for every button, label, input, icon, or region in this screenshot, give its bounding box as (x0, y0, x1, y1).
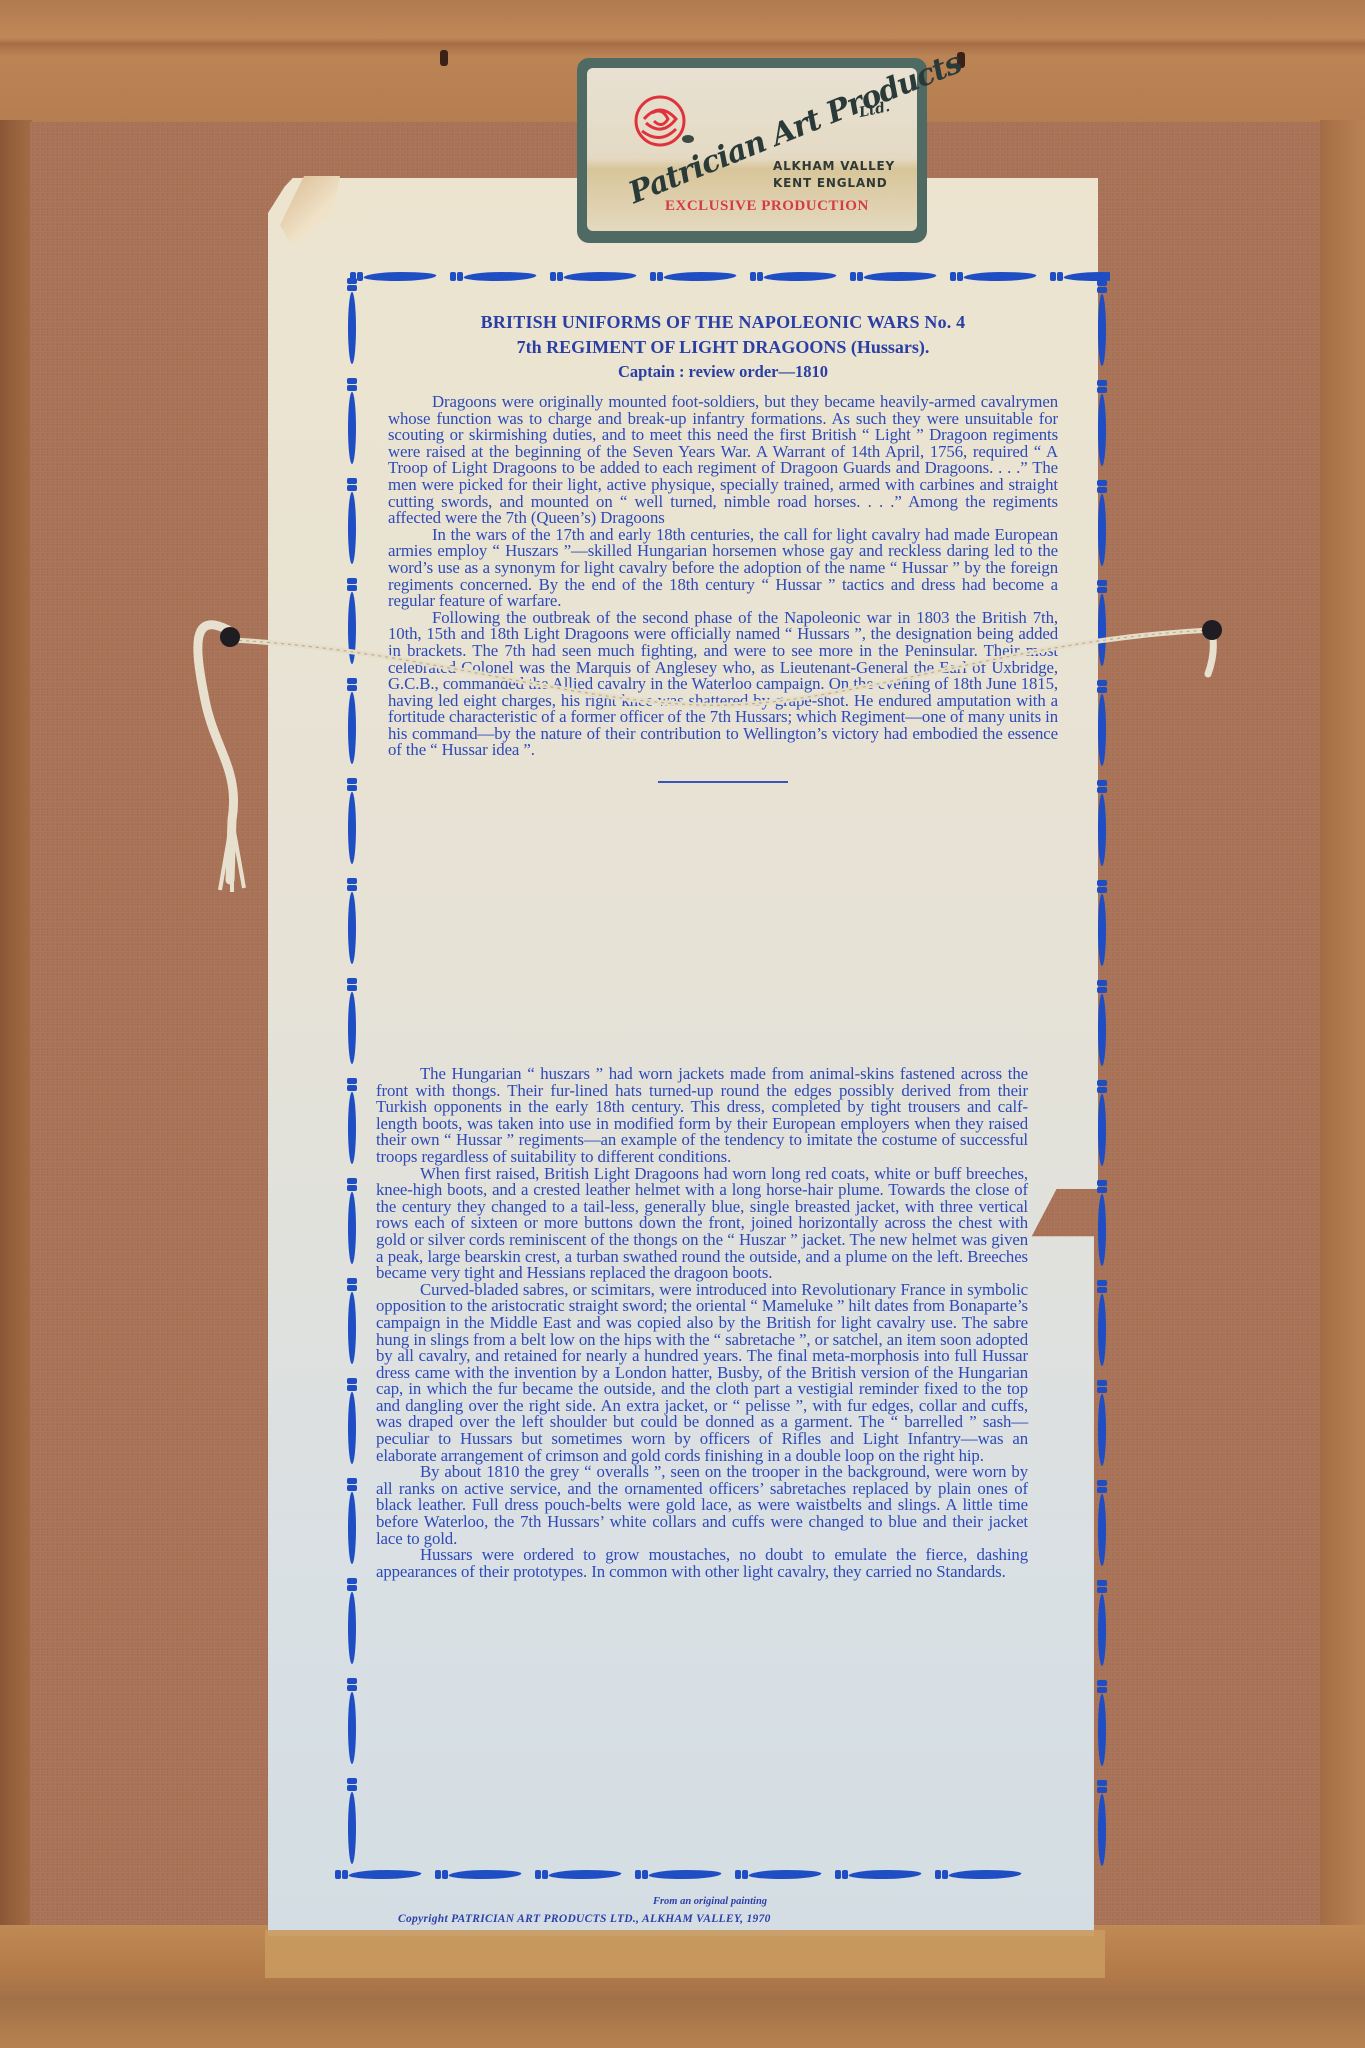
tape-strip (265, 1930, 1105, 1978)
decorative-border-top (350, 268, 1110, 286)
frame-left-wood (0, 120, 32, 2048)
nail-icon (440, 50, 448, 66)
footer-credit: From an original painting (560, 1896, 860, 1907)
label-tagline: EXCLUSIVE PRODUCTION (665, 198, 869, 215)
document-subtitle: 7th REGIMENT OF LIGHT DRAGOONS (Hussars)… (388, 335, 1058, 360)
paragraph: In the wars of the 17th and early 18th c… (388, 527, 1058, 610)
paragraph: Curved-bladed sabres, or scimitars, were… (376, 1282, 1028, 1465)
footer-copyright: Copyright PATRICIAN ART PRODUCTS LTD., A… (398, 1913, 978, 1925)
paragraph: When first raised, British Light Dragoon… (376, 1166, 1028, 1282)
paragraph: Hussars were ordered to grow moustaches,… (376, 1547, 1028, 1580)
label-address: ALKHAM VALLEY KENT ENGLAND (773, 158, 895, 192)
paragraph: Dragoons were originally mounted foot-so… (388, 394, 1058, 527)
frame-right-wood (1320, 120, 1365, 2048)
paragraph: By about 1810 the grey “ overalls ”, see… (376, 1464, 1028, 1547)
decorative-border-right (1093, 280, 1111, 1870)
paragraph: The Hungarian “ huszars ” had worn jacke… (376, 1066, 1028, 1166)
manufacturer-label: Patrician Art Products Ltd. ALKHAM VALLE… (577, 58, 927, 243)
document-body-part1: BRITISH UNIFORMS OF THE NAPOLEONIC WARS … (388, 310, 1058, 807)
document-caption: Captain : review order—1810 (388, 360, 1058, 384)
decorative-border-left (343, 278, 361, 1878)
section-divider (658, 781, 788, 783)
document-title: BRITISH UNIFORMS OF THE NAPOLEONIC WARS … (388, 310, 1058, 335)
paragraph: Following the outbreak of the second pha… (388, 610, 1058, 759)
decorative-border-bottom (335, 1866, 1035, 1884)
document-body-part2: The Hungarian “ huszars ” had worn jacke… (376, 1066, 1028, 1580)
